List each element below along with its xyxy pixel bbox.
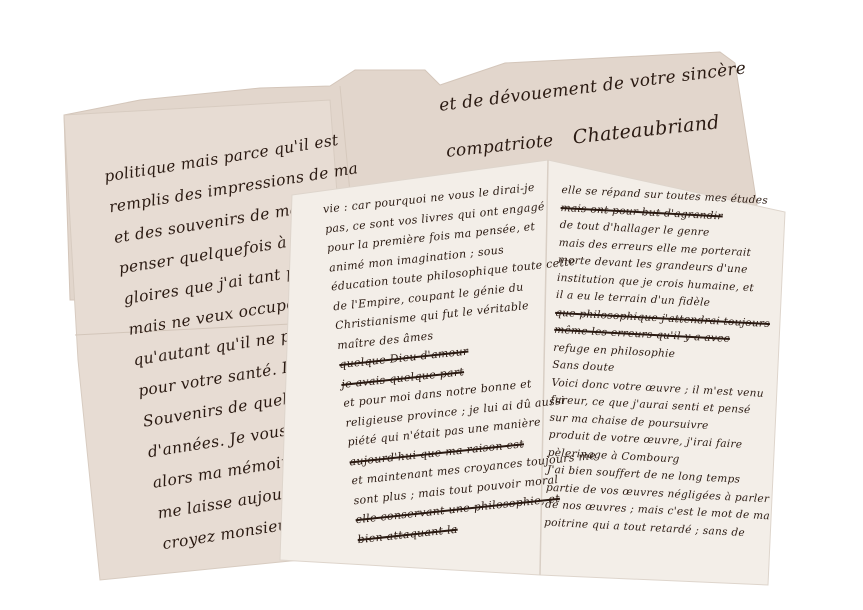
front-right-page-text: elle se répand sur toutes mes études mai… (544, 182, 787, 543)
front-letter-sheet: vie : car pourquoi ne vous le dirai-je p… (0, 0, 863, 610)
manuscript-photo: et de dévouement de votre sincère compat… (0, 0, 863, 610)
